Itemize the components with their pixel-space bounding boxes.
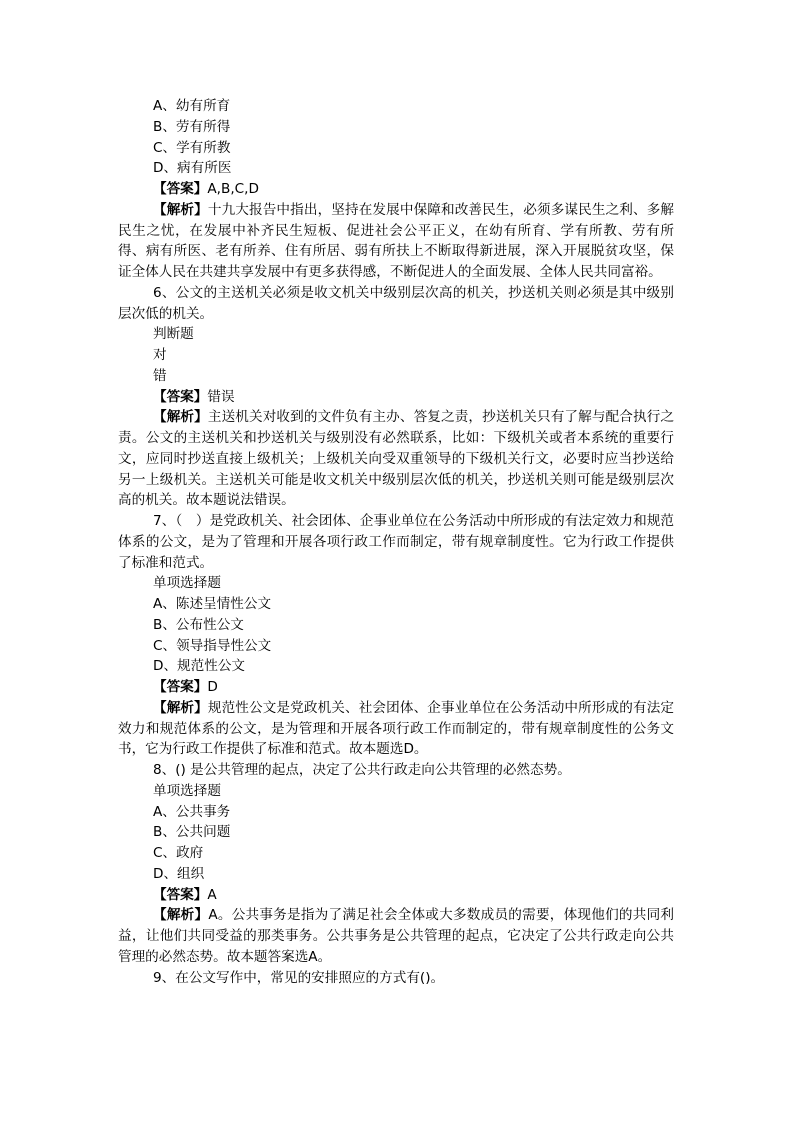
question-type: 单项选择题 xyxy=(118,573,674,594)
answer-value: D xyxy=(207,679,217,695)
question-type: 判断题 xyxy=(118,324,674,345)
option-c: C、领导指导性公文 xyxy=(118,636,674,657)
answer: 【答案】A,B,C,D xyxy=(118,179,674,200)
option-b: B、公共问题 xyxy=(118,822,674,843)
document-page: A、幼有所育 B、劳有所得 C、学有所教 D、病有所医 【答案】A,B,C,D … xyxy=(118,96,674,988)
answer-label: 【答案】 xyxy=(153,181,207,197)
option-d: D、组织 xyxy=(118,864,674,885)
option-c: C、学有所教 xyxy=(118,138,674,159)
question-text: 9、在公文写作中，常见的安排照应的方式有()。 xyxy=(118,968,674,989)
answer: 【答案】D xyxy=(118,677,674,698)
option-false: 错 xyxy=(118,366,674,387)
analysis-label: 【解析】 xyxy=(153,700,208,716)
analysis: 【解析】主送机关对收到的文件负有主办、答复之责，抄送机关只有了解与配合执行之责。… xyxy=(118,407,674,511)
option-a: A、幼有所育 xyxy=(118,96,674,117)
answer-label: 【答案】 xyxy=(153,887,207,903)
question-text: 6、公文的主送机关必须是收文机关中级别层次高的机关，抄送机关则必须是其中级别层次… xyxy=(118,283,674,325)
question-5: A、幼有所育 B、劳有所得 C、学有所教 D、病有所医 【答案】A,B,C,D … xyxy=(118,96,674,283)
option-a: A、陈述呈情性公文 xyxy=(118,594,674,615)
question-6: 6、公文的主送机关必须是收文机关中级别层次高的机关，抄送机关则必须是其中级别层次… xyxy=(118,283,674,511)
answer-value: 错误 xyxy=(207,389,234,405)
option-true: 对 xyxy=(118,345,674,366)
question-8: 8、() 是公共管理的起点，决定了公共行政走向公共管理的必然态势。 单项选择题 … xyxy=(118,760,674,968)
option-c: C、政府 xyxy=(118,843,674,864)
answer-label: 【答案】 xyxy=(153,389,207,405)
analysis-label: 【解析】 xyxy=(153,907,208,923)
option-b: B、公布性公文 xyxy=(118,615,674,636)
question-text: 8、() 是公共管理的起点，决定了公共行政走向公共管理的必然态势。 xyxy=(118,760,674,781)
analysis-label: 【解析】 xyxy=(153,409,208,425)
option-b: B、劳有所得 xyxy=(118,117,674,138)
analysis-label: 【解析】 xyxy=(153,202,208,218)
question-text: 7、（ ）是党政机关、社会团体、企事业单位在公务活动中所形成的有法定效力和规范体… xyxy=(118,511,674,573)
answer-value: A xyxy=(207,887,216,903)
option-d: D、病有所医 xyxy=(118,158,674,179)
analysis: 【解析】A。公共事务是指为了满足社会全体或大多数成员的需要，体现他们的共同利益，… xyxy=(118,905,674,967)
answer-value: A,B,C,D xyxy=(207,181,259,197)
answer-label: 【答案】 xyxy=(153,679,207,695)
answer: 【答案】错误 xyxy=(118,387,674,408)
question-9: 9、在公文写作中，常见的安排照应的方式有()。 xyxy=(118,968,674,989)
analysis: 【解析】十九大报告中指出，坚持在发展中保障和改善民生，必须多谋民生之利、多解民生… xyxy=(118,200,674,283)
question-type: 单项选择题 xyxy=(118,781,674,802)
option-a: A、公共事务 xyxy=(118,802,674,823)
question-7: 7、（ ）是党政机关、社会团体、企事业单位在公务活动中所形成的有法定效力和规范体… xyxy=(118,511,674,760)
analysis: 【解析】规范性公文是党政机关、社会团体、企事业单位在公务活动中所形成的有法定效力… xyxy=(118,698,674,760)
option-d: D、规范性公文 xyxy=(118,656,674,677)
answer: 【答案】A xyxy=(118,885,674,906)
